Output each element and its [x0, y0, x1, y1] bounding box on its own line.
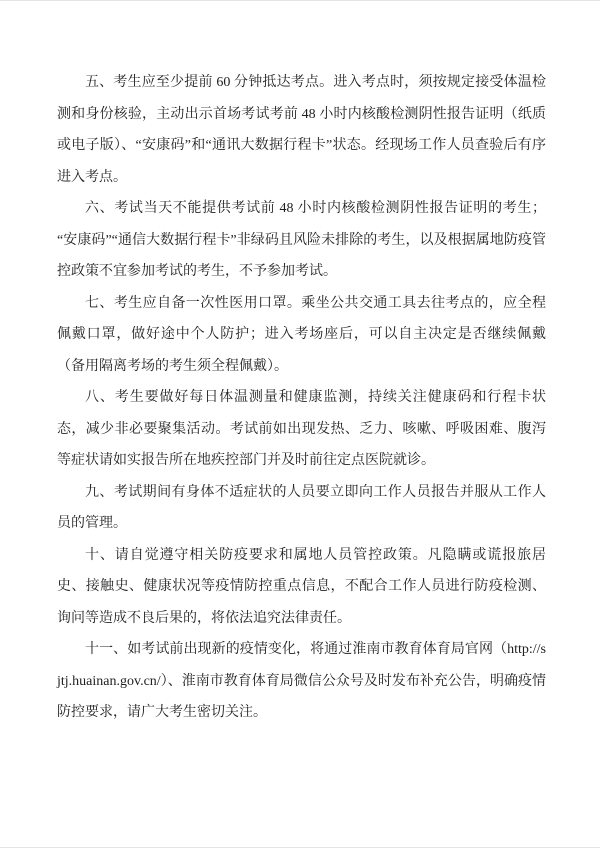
document-page: 五、考生应至少提前 60 分钟抵达考点。进入考点时，须按规定接受体温检测和身份核… [0, 0, 600, 848]
paragraph-7: 七、考生应自备一次性医用口罩。乘坐公共交通工具去往考点的，应全程佩戴口罩，做好途… [57, 288, 546, 383]
paragraph-8: 八、考生要做好每日体温测量和健康监测，持续关注健康码和行程卡状态，减少非必要聚集… [57, 382, 546, 477]
paragraph-5: 五、考生应至少提前 60 分钟抵达考点。进入考点时，须按规定接受体温检测和身份核… [57, 67, 546, 193]
paragraph-10: 十、请自觉遵守相关防疫要求和属地人员管控政策。凡隐瞒或谎报旅居史、接触史、健康状… [57, 540, 546, 635]
document-body: 五、考生应至少提前 60 分钟抵达考点。进入考点时，须按规定接受体温检测和身份核… [57, 67, 546, 729]
paragraph-6: 六、考试当天不能提供考试前 48 小时内核酸检测阴性报告证明的考生；“安康码”“… [57, 193, 546, 288]
paragraph-9: 九、考试期间有身体不适症状的人员要立即向工作人员报告并服从工作人员的管理。 [57, 477, 546, 540]
paragraph-11: 十一、如考试前出现新的疫情变化，将通过淮南市教育体育局官网（http://sjt… [57, 634, 546, 729]
